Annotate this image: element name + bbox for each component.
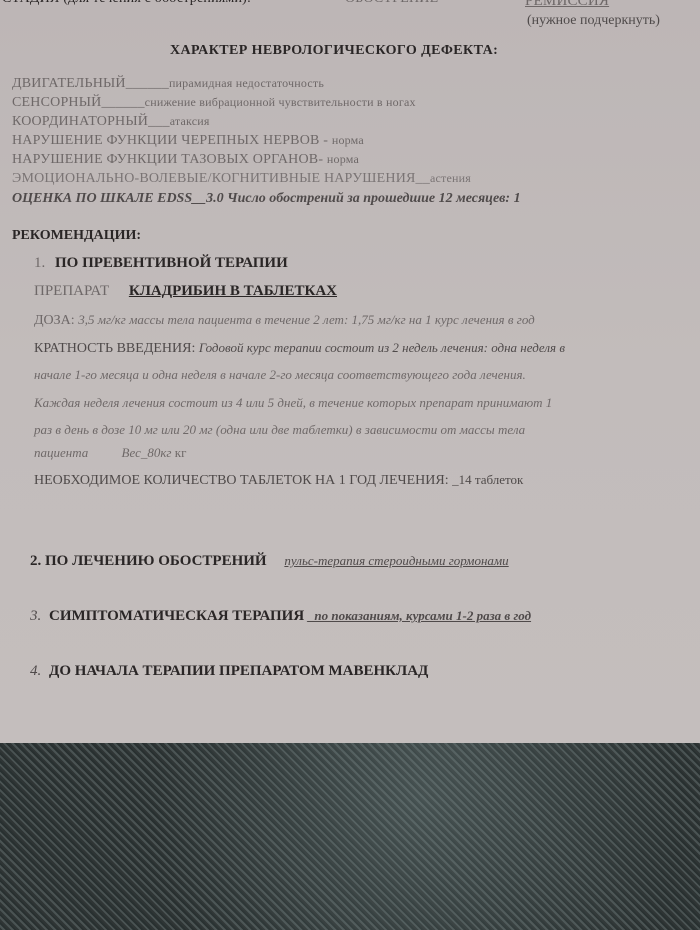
tablets-row: НЕОБХОДИМОЕ КОЛИЧЕСТВО ТАБЛЕТОК НА 1 ГОД… (34, 472, 523, 489)
drug-row: ПРЕПАРАТ КЛАДРИБИН В ТАБЛЕТКАХ (34, 283, 337, 300)
section4-row: 4. ДО НАЧАЛА ТЕРАПИИ ПРЕПАРАТОМ МАВЕНКЛА… (30, 663, 428, 680)
frequency-line-2: начале 1-го месяца и одна неделя в начал… (34, 367, 526, 383)
carpet-background (0, 742, 700, 930)
deficit-title: ХАРАКТЕР НЕВРОЛОГИЧЕСКОГО ДЕФЕКТА: (170, 43, 498, 59)
deficit-row-coordination: КООРДИНАТОРНЫЙ___атаксия (12, 114, 210, 130)
deficit-row-pelvic: НАРУШЕНИЕ ФУНКЦИИ ТАЗОВЫХ ОРГАНОВ- норма (12, 152, 359, 168)
dose-row: ДОЗА: 3,5 мг/кг массы тела пациента в те… (34, 312, 535, 329)
frequency-line-4: раз в день в дозе 10 мг или 20 мг (одна … (34, 422, 525, 438)
frequency-row: КРАТНОСТЬ ВВЕДЕНИЯ: Годовой курс терапии… (34, 340, 565, 357)
stage-note: (нужное подчеркнуть) (527, 13, 660, 29)
section3-row: 3. СИМПТОМАТИЧЕСКАЯ ТЕРАПИЯ _по показани… (30, 608, 531, 625)
frequency-line-3: Каждая неделя лечения состоит из 4 или 5… (34, 395, 552, 411)
deficit-row-cranial-nerves: НАРУШЕНИЕ ФУНКЦИИ ЧЕРЕПНЫХ НЕРВОВ - норм… (12, 133, 364, 149)
deficit-row-motor: ДВИГАТЕЛЬНЫЙ______пирамидная недостаточн… (12, 76, 324, 92)
stage-remission: РЕМИССИЯ (525, 0, 609, 10)
stage-label: СТАДИЯ (для течения с обострениями): (2, 0, 251, 7)
stage-exacerbation: ОБОСТРЕНИЕ (345, 0, 438, 7)
document-page: СТАДИЯ (для течения с обострениями): ОБО… (0, 0, 700, 743)
edss-score: ОЦЕНКА ПО ШКАЛЕ EDSS__3.0 Число обострен… (12, 191, 521, 207)
deficit-row-emotional: ЭМОЦИОНАЛЬНО-ВОЛЕВЫЕ/КОГНИТИВНЫЕ НАРУШЕН… (12, 171, 471, 187)
deficit-row-sensory: СЕНСОРНЫЙ______снижение вибрационной чув… (12, 95, 416, 111)
section1-heading: 1. ПО ПРЕВЕНТИВНОЙ ТЕРАПИИ (34, 255, 288, 272)
recommendations-title: РЕКОМЕНДАЦИИ: (12, 228, 141, 244)
frequency-line-5: пациента Вес_80кг кг (34, 445, 186, 461)
section2-row: 2. ПО ЛЕЧЕНИЮ ОБОСТРЕНИЙ пульс-терапия с… (30, 553, 509, 570)
